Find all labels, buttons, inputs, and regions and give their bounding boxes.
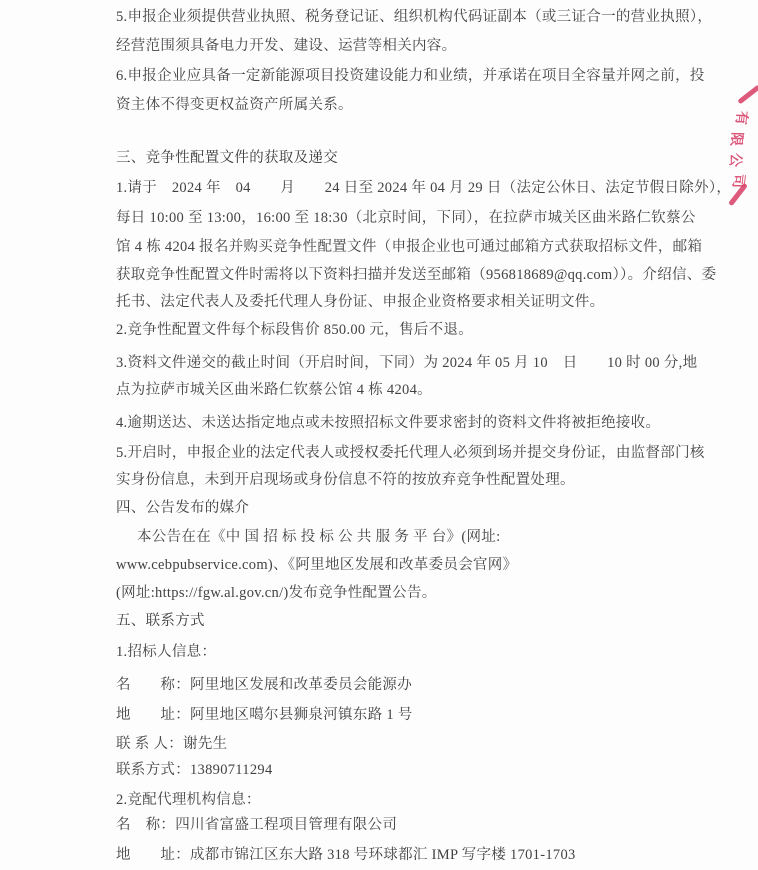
doc-line: 4.逾期送达、未送达指定地点或未按照招标文件要求密封的资料文件将被拒绝接收。 (116, 413, 701, 433)
doc-line: 馆 4 栋 4204 报名并购买竞争性配置文件（申报企业也可通过邮箱方式获取招标… (116, 237, 701, 257)
doc-line: 每日 10:00 至 13:00，16:00 至 18:30（北京时间，下同），… (116, 208, 701, 228)
bidder-contact-person-row: 联 系 人：谢先生 (116, 734, 701, 754)
section-heading: 五、联系方式 (116, 611, 701, 631)
seal-character: 司 (728, 174, 750, 188)
bidder-phone-row: 联系方式：13890711294 (116, 760, 701, 780)
doc-line: 6.申报企业应具备一定新能源项目投资建设能力和业绩，并承诺在项目全容量并网之前，… (116, 66, 701, 86)
doc-line: 5.开启时，申报企业的法定代表人或授权委托代理人必须到场并提交身份证，由监督部门… (116, 443, 701, 463)
seal-character: 公 (727, 153, 747, 167)
seal-rim-stroke (737, 85, 758, 105)
seal-rim-stroke (728, 183, 748, 207)
agency-name-row: 名 称：四川省富盛工程项目管理有限公司 (116, 815, 701, 835)
seal-character: 有 (731, 111, 753, 125)
doc-line: 经营范围须具备电力开发、建设、运营等相关内容。 (116, 36, 701, 56)
doc-line: 点为拉萨市城关区曲米路仁钦蔡公馆 4 栋 4204。 (116, 380, 701, 400)
bidder-address-row: 地 址：阿里地区噶尔县狮泉河镇东路 1 号 (116, 705, 701, 725)
red-seal-fragment: 有 限 公 司 (727, 84, 758, 210)
doc-line: 1.请于 2024 年 04 月 24 日至 2024 年 04 月 29 日（… (116, 178, 701, 198)
section-heading: 四、公告发布的媒介 (116, 498, 701, 518)
document-page: 5.申报企业须提供营业执照、税务登记证、组织机构代码证副本（或三证合一的营业执照… (0, 0, 758, 870)
doc-line: www.cebpubservice.com)、《阿里地区发展和改革委员会官网》 (116, 555, 701, 575)
seal-character: 限 (727, 132, 748, 146)
doc-line: 获取竞争性配置文件时需将以下资料扫描并发送至邮箱（956818689@qq.co… (116, 265, 701, 285)
doc-line: 5.申报企业须提供营业执照、税务登记证、组织机构代码证副本（或三证合一的营业执照… (116, 7, 701, 27)
subsection-label: 2.竞配代理机构信息： (116, 790, 701, 810)
subsection-label: 1.招标人信息： (116, 642, 701, 662)
doc-line: 托书、法定代表人及委托代理人身份证、申报企业资格要求相关证明文件。 (116, 292, 701, 312)
doc-line: 3.资料文件递交的截止时间（开启时间，下同）为 2024 年 05 月 10 日… (116, 353, 701, 373)
doc-line: 本公告在在《中 国 招 标 投 标 公 共 服 务 平 台》(网址: (137, 527, 722, 547)
agency-address-row: 地 址：成都市锦江区东大路 318 号环球都汇 IMP 写字楼 1701-170… (116, 845, 701, 865)
section-heading: 三、竞争性配置文件的获取及递交 (116, 148, 701, 168)
doc-line: (网址:https://fgw.al.gov.cn/)发布竞争性配置公告。 (116, 583, 701, 603)
doc-line: 实身份信息，未到开启现场或身份信息不符的按放弃竞争性配置处理。 (116, 470, 701, 490)
bidder-name-row: 名 称：阿里地区发展和改革委员会能源办 (116, 675, 701, 695)
doc-line: 2.竞争性配置文件每个标段售价 850.00 元，售后不退。 (116, 320, 701, 340)
doc-line: 资主体不得变更权益资产所属关系。 (116, 95, 701, 115)
